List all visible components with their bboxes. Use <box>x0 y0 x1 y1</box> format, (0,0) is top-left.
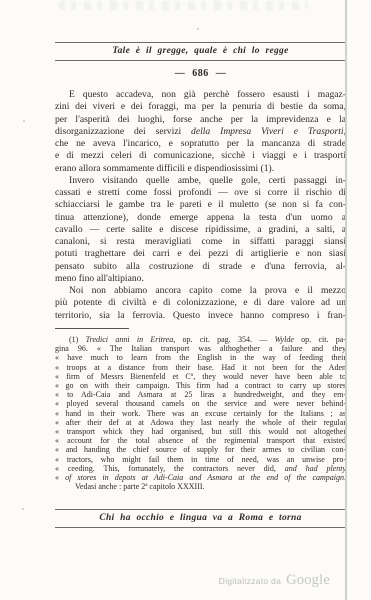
scan-speck <box>23 120 25 122</box>
running-header-quote: Tale è il gregge, quale è chi lo regge <box>55 42 346 61</box>
watermark-prefix: Digitalizzato da <box>219 576 281 586</box>
text-line: disorganizzazione dei servizi della Impr… <box>55 126 346 138</box>
text-line: erano allora sommamente difficili e disp… <box>55 163 346 175</box>
text-line: E questo accadeva, non già perchè fosser… <box>55 89 346 101</box>
scan-artifact-smudge <box>58 1 308 10</box>
text-line: Noi non abbiamo ancora capito come la pr… <box>55 285 346 297</box>
text-line: « transport whick they had organised, bu… <box>55 427 346 436</box>
text-line: « after their def at at Adowa they last … <box>55 418 346 427</box>
text-line: che ne aveva l'incarico, e sopratutto pe… <box>55 138 346 150</box>
text-line: per l'asperità dei luoghi, forse anche p… <box>55 114 346 126</box>
footnote-separator-rule <box>55 328 129 329</box>
text-line: « tractors, who might fail them in time … <box>55 455 346 464</box>
text-line: « of stores in depots at Adi-Caia and As… <box>55 473 346 482</box>
text-line: Invero visitando quelle ambe, quelle gol… <box>55 175 346 187</box>
text-line: cavallo — certe salite e discese ripidis… <box>55 224 346 236</box>
text-line: Vedasi anche : parte 2ª capitolo XXXIII. <box>55 482 346 491</box>
text-line: gina 96. « The Italian transport was alt… <box>55 344 346 353</box>
text-line: « go on with their campaign. This firm h… <box>55 381 346 390</box>
text-line: (1) Tredici anni in Eritrea, op. cit. pa… <box>55 335 346 344</box>
text-line: pensato subito alla costruzione di strad… <box>55 261 346 273</box>
scan-speck <box>22 508 24 510</box>
google-logo: Google <box>286 572 330 589</box>
text-line: « troops at a distance from their base. … <box>55 363 346 372</box>
text-line: « have much to learn from the English in… <box>55 353 346 362</box>
text-line: meno fino all'altipiano. <box>55 273 346 285</box>
page-number: — 686 — <box>55 68 346 79</box>
scan-page-edge <box>345 0 347 600</box>
text-line: più potente di civiltà e di colonizzazio… <box>55 297 346 309</box>
text-line: e di mezzi celeri di comunicazione, sicc… <box>55 150 346 162</box>
scan-speck <box>197 28 199 30</box>
text-line: schiacciarsi le gambe tra le pareti e il… <box>55 199 346 211</box>
text-line: « account for the total absence of the r… <box>55 436 346 445</box>
digitization-watermark: Digitalizzato da Google <box>219 572 330 589</box>
text-line: « to Adi-Caia and Asmara at 25 liras a h… <box>55 390 346 399</box>
text-line: canaloni, si resta meravigliati come in … <box>55 236 346 248</box>
text-line: zini dei viveri e dei foraggi, ma per la… <box>55 101 346 113</box>
running-footer-quote: Chi ha occhio e lingua va a Roma e torna <box>55 509 346 528</box>
text-line: « ceeding. This, fortunately, the contra… <box>55 464 346 473</box>
text-line: cassati e stretti come fossi profondi — … <box>55 187 346 199</box>
text-line: territorio, sia la ferrovia. Questo inve… <box>55 310 346 322</box>
footnote-text: (1) Tredici anni in Eritrea, op. cit. pa… <box>55 335 346 491</box>
text-line: « hand in their work. There was an excus… <box>55 409 346 418</box>
text-line: « firm of Messrs Bienenfeld et Cº, they … <box>55 372 346 381</box>
body-text: E questo accadeva, non già perchè fosser… <box>55 89 346 322</box>
text-line: tinua attenzione), donde emerge appena l… <box>55 212 346 224</box>
text-line: potuti traghettare dei carri e dei pezzi… <box>55 248 346 260</box>
scanned-book-page: Tale è il gregge, quale è chi lo regge —… <box>0 0 371 600</box>
text-line: « and handing the chief source of supply… <box>55 445 346 454</box>
text-line: « ployed several thousand camels on the … <box>55 399 346 408</box>
